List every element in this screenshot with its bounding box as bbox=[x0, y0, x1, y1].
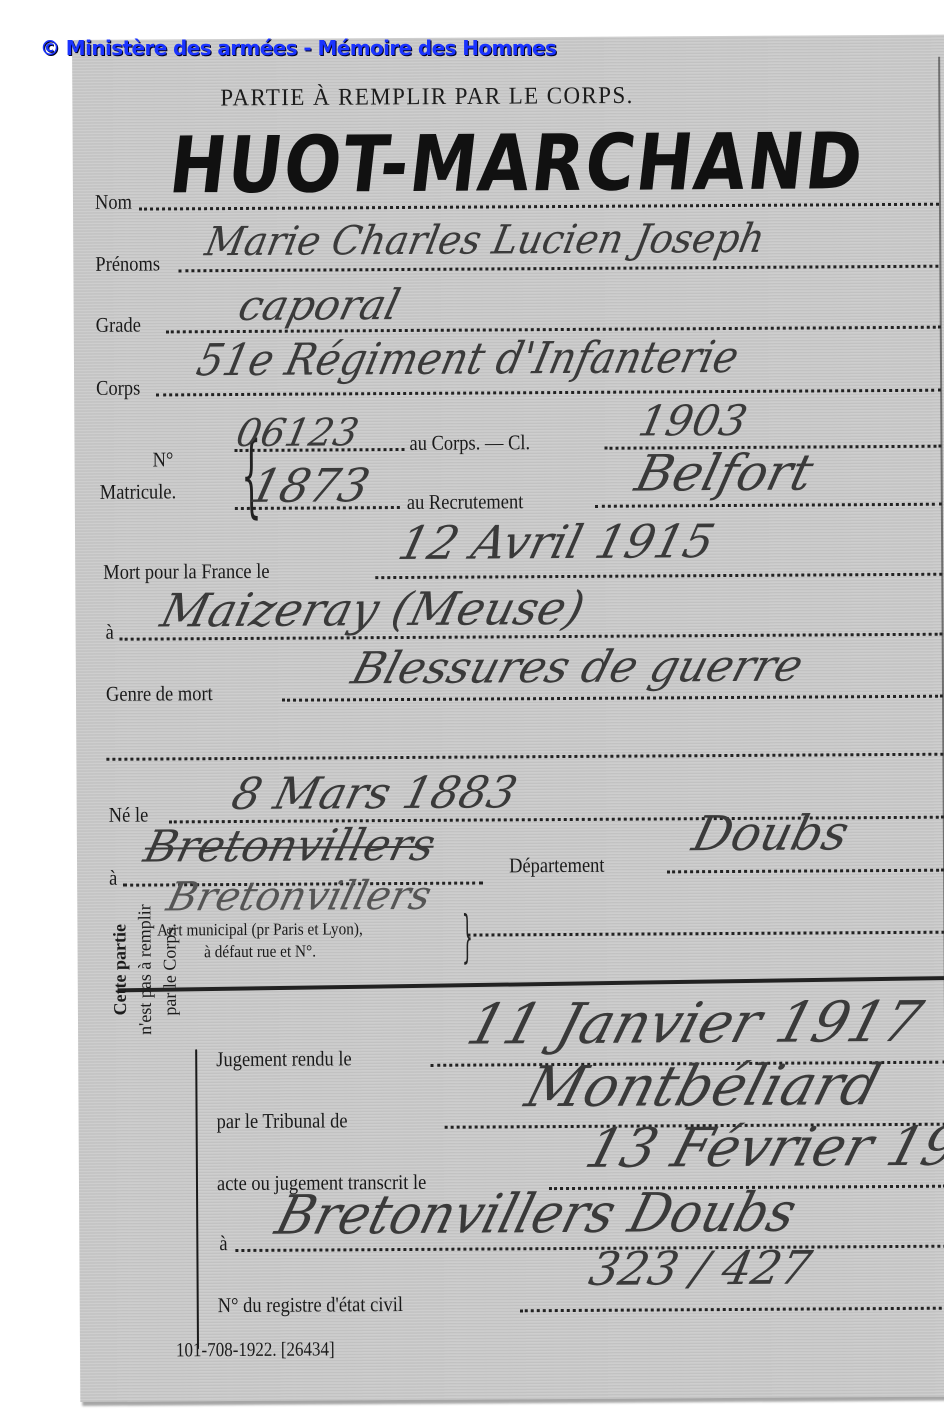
departement-line bbox=[667, 869, 944, 874]
prenoms-line bbox=[178, 265, 938, 273]
mort-date-label: Mort pour la France le bbox=[103, 559, 269, 585]
matricule-label: Matricule. bbox=[100, 479, 177, 504]
genre-mort-value: Blessures de guerre bbox=[346, 641, 809, 695]
ne-le-value: 8 Mars 1883 bbox=[227, 767, 522, 820]
side-note: Cette partie n'est pas à remplir par le … bbox=[107, 839, 219, 1100]
classe-value: 1903 bbox=[634, 396, 751, 446]
matricule-label-no: N° bbox=[152, 447, 173, 472]
jugement-rendu-label: Jugement rendu le bbox=[216, 1046, 352, 1072]
mort-date-line bbox=[375, 573, 942, 579]
registre-label: N° du registre d'état civil bbox=[218, 1292, 403, 1318]
transcrit-lieu-value: Bretonvillers Doubs bbox=[269, 1181, 803, 1247]
form-header: PARTIE À REMPLIR PAR LE CORPS. bbox=[220, 82, 634, 112]
grade-label: Grade bbox=[96, 313, 141, 338]
mort-lieu-value: Maizeray (Meuse) bbox=[156, 581, 591, 638]
genre-mort-line bbox=[282, 695, 943, 702]
grade-value: caporal bbox=[234, 280, 405, 330]
side-note-line3: par le Corps. bbox=[157, 839, 184, 1099]
ne-le-label: Né le bbox=[109, 803, 149, 828]
death-record-card: PARTIE À REMPLIR PAR LE CORPS. Nom HUOT-… bbox=[72, 35, 944, 1402]
nom-value: HUOT-MARCHAND bbox=[165, 117, 868, 211]
departement-value: Doubs bbox=[687, 805, 854, 862]
copyright-watermark: © Ministère des armées - Mémoire des Hom… bbox=[40, 36, 556, 60]
side-note-line2: n'est pas à remplir bbox=[132, 839, 159, 1099]
jugement-rendu-value: 11 Janvier 1917 bbox=[460, 990, 929, 1058]
recrutement-place-line bbox=[595, 503, 942, 508]
corps-value: 51e Régiment d'Infanterie bbox=[192, 332, 743, 386]
transcrit-value: 13 Février 1917 bbox=[579, 1114, 944, 1180]
matricule-corps-suffix: au Corps. — Cl. bbox=[409, 430, 530, 456]
genre-mort-label: Genre de mort bbox=[106, 681, 213, 707]
blank-line bbox=[106, 753, 943, 761]
tribunal-label: par le Tribunal de bbox=[217, 1108, 348, 1134]
form-reference: 101-708-1922. [26434] bbox=[176, 1338, 335, 1362]
corps-label: Corps bbox=[96, 376, 140, 401]
transcrit-lieu-label: à bbox=[219, 1231, 227, 1256]
corps-line bbox=[156, 389, 941, 397]
recrutement-place-value: Belfort bbox=[630, 443, 819, 502]
matricule-recrutement-number: 1873 bbox=[245, 458, 375, 513]
matricule-corps-number: 06123 bbox=[233, 410, 363, 455]
departement-label: Département bbox=[509, 853, 605, 879]
matricule-recrutement-suffix: au Recrutement bbox=[407, 489, 524, 515]
nom-label: Nom bbox=[95, 190, 132, 215]
arrondissement-brace: } bbox=[462, 910, 473, 966]
prenoms-value: Marie Charles Lucien Joseph bbox=[201, 216, 768, 265]
mort-lieu-label: à bbox=[106, 620, 114, 645]
mort-date-value: 12 Avril 1915 bbox=[393, 514, 720, 570]
side-note-line1: Cette partie bbox=[107, 840, 134, 1100]
registre-value: 323 / 427 bbox=[585, 1240, 816, 1295]
prenoms-label: Prénoms bbox=[95, 251, 160, 276]
tribunal-value: Montbéliard bbox=[519, 1053, 888, 1120]
registre-line bbox=[520, 1307, 944, 1313]
arrondissement-line bbox=[467, 931, 944, 937]
